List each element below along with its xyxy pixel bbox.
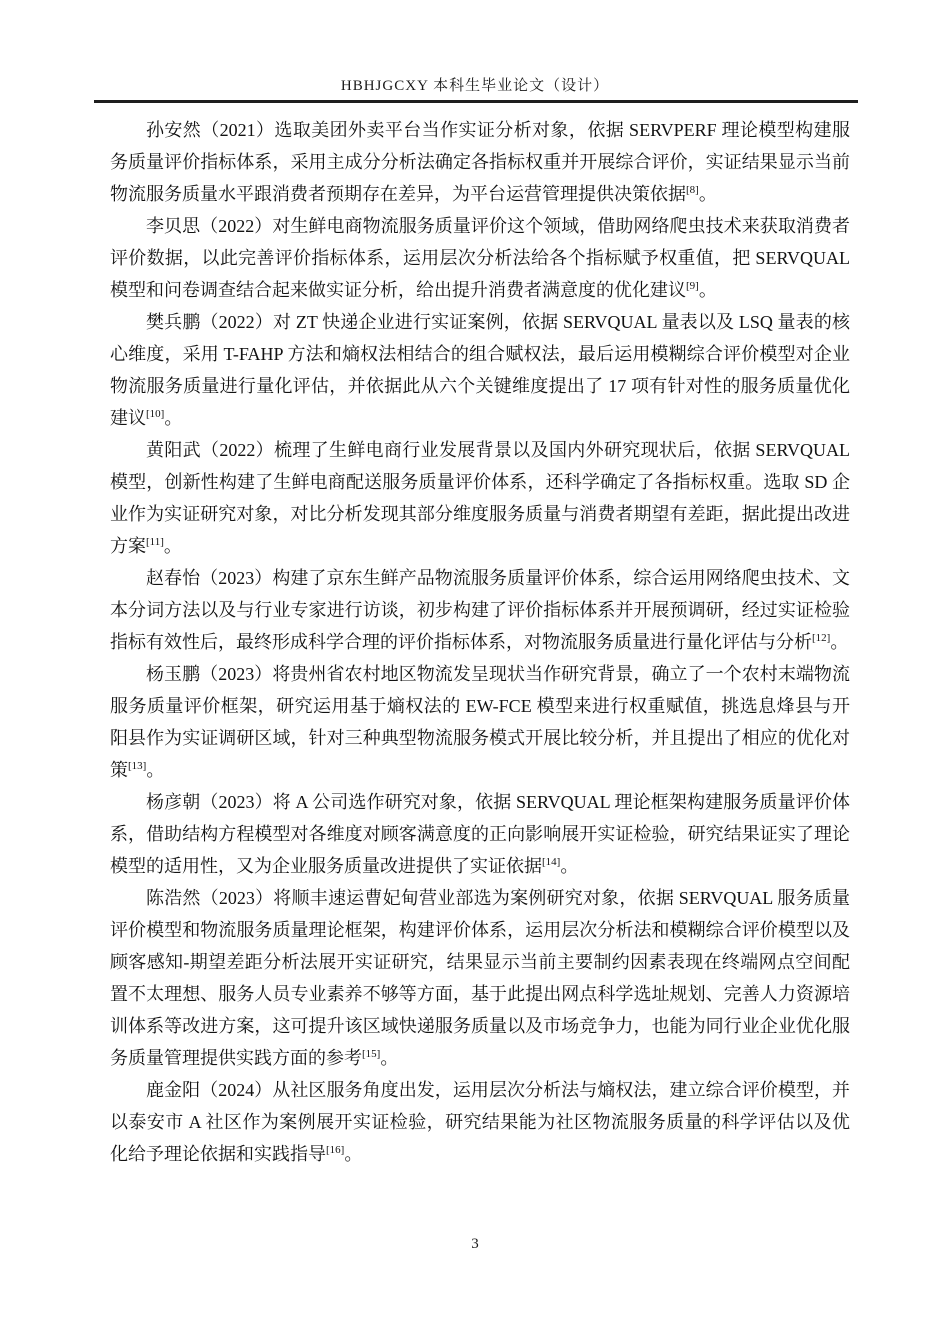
paragraph-tail: 。 bbox=[699, 280, 717, 300]
paragraph-text: 李贝思（2022）对生鲜电商物流服务质量评价这个领域，借助网络爬虫技术来获取消费… bbox=[110, 216, 850, 300]
document-body: 孙安然（2021）选取美团外卖平台当作实证分析对象，依据 SERVPERF 理论… bbox=[110, 114, 850, 1170]
citation-ref: [12] bbox=[812, 632, 830, 644]
paragraph-tail: 。 bbox=[699, 184, 717, 204]
paragraph: 鹿金阳（2024）从社区服务角度出发，运用层次分析法与熵权法，建立综合评价模型，… bbox=[110, 1074, 850, 1170]
paragraph-text: 樊兵鹏（2022）对 ZT 快递企业进行实证案例，依据 SERVQUAL 量表以… bbox=[110, 312, 850, 428]
paragraph-text: 鹿金阳（2024）从社区服务角度出发，运用层次分析法与熵权法，建立综合评价模型，… bbox=[110, 1080, 850, 1164]
paragraph-text: 赵春怡（2023）构建了京东生鲜产品物流服务质量评价体系，综合运用网络爬虫技术、… bbox=[110, 568, 850, 652]
paragraph-tail: 。 bbox=[164, 408, 182, 428]
paragraph-tail: 。 bbox=[560, 856, 578, 876]
citation-ref: [13] bbox=[128, 760, 146, 772]
paragraph: 孙安然（2021）选取美团外卖平台当作实证分析对象，依据 SERVPERF 理论… bbox=[110, 114, 850, 210]
paragraph-tail: 。 bbox=[164, 536, 182, 556]
document-page: HBHJGCXY 本科生毕业论文（设计） 孙安然（2021）选取美团外卖平台当作… bbox=[0, 0, 950, 1344]
paragraph: 杨玉鹏（2023）将贵州省农村地区物流发呈现状当作研究背景，确立了一个农村末端物… bbox=[110, 658, 850, 786]
citation-ref: [8] bbox=[686, 184, 699, 196]
paragraph: 黄阳武（2022）梳理了生鲜电商行业发展背景以及国内外研究现状后，依据 SERV… bbox=[110, 434, 850, 562]
paragraph-text: 杨彦朝（2023）将 A 公司选作研究对象，依据 SERVQUAL 理论框架构建… bbox=[110, 792, 850, 876]
paragraph-tail: 。 bbox=[830, 632, 848, 652]
paragraph-tail: 。 bbox=[146, 760, 164, 780]
page-header: HBHJGCXY 本科生毕业论文（设计） bbox=[95, 74, 855, 95]
paragraph-text: 孙安然（2021）选取美团外卖平台当作实证分析对象，依据 SERVPERF 理论… bbox=[110, 120, 850, 204]
citation-ref: [11] bbox=[146, 536, 164, 548]
header-rule bbox=[94, 100, 858, 103]
paragraph: 李贝思（2022）对生鲜电商物流服务质量评价这个领域，借助网络爬虫技术来获取消费… bbox=[110, 210, 850, 306]
paragraph: 陈浩然（2023）将顺丰速运曹妃甸营业部选为案例研究对象，依据 SERVQUAL… bbox=[110, 882, 850, 1074]
paragraph-text: 黄阳武（2022）梳理了生鲜电商行业发展背景以及国内外研究现状后，依据 SERV… bbox=[110, 440, 850, 556]
paragraph: 赵春怡（2023）构建了京东生鲜产品物流服务质量评价体系，综合运用网络爬虫技术、… bbox=[110, 562, 850, 658]
citation-ref: [14] bbox=[542, 856, 560, 868]
paragraph: 杨彦朝（2023）将 A 公司选作研究对象，依据 SERVQUAL 理论框架构建… bbox=[110, 786, 850, 882]
paragraph-tail: 。 bbox=[380, 1048, 398, 1068]
paragraph-text: 陈浩然（2023）将顺丰速运曹妃甸营业部选为案例研究对象，依据 SERVQUAL… bbox=[110, 888, 850, 1068]
page-footer: 3 bbox=[0, 1236, 950, 1253]
paragraph-text: 杨玉鹏（2023）将贵州省农村地区物流发呈现状当作研究背景，确立了一个农村末端物… bbox=[110, 664, 850, 780]
citation-ref: [9] bbox=[686, 280, 699, 292]
citation-ref: [10] bbox=[146, 408, 164, 420]
header-title: HBHJGCXY 本科生毕业论文（设计） bbox=[341, 78, 609, 94]
citation-ref: [15] bbox=[362, 1048, 380, 1060]
paragraph-tail: 。 bbox=[344, 1144, 362, 1164]
paragraph: 樊兵鹏（2022）对 ZT 快递企业进行实证案例，依据 SERVQUAL 量表以… bbox=[110, 306, 850, 434]
citation-ref: [16] bbox=[326, 1144, 344, 1156]
page-number: 3 bbox=[471, 1236, 479, 1252]
